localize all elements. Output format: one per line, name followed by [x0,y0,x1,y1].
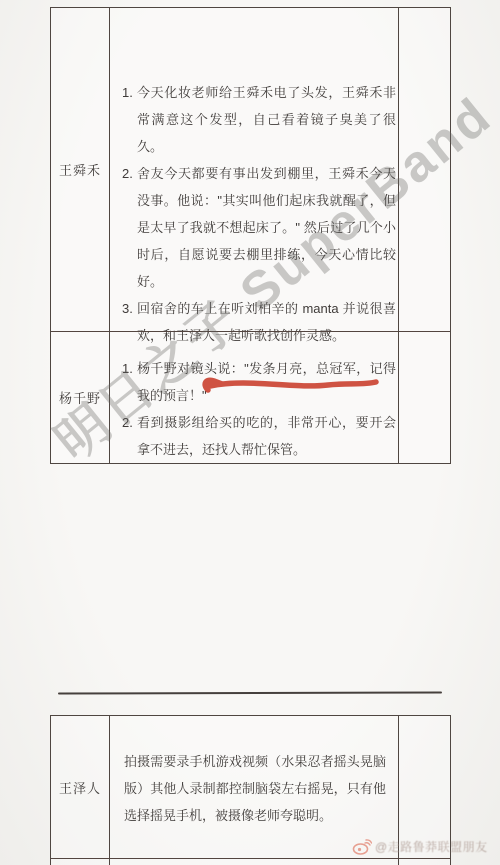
cutoff-row-empty-cell [398,858,450,865]
log-item-list: 1. 杨千野对镜头说："发条月亮，总冠军，记得我的预言！" 2. 看到摄影组给买… [122,355,396,463]
member-name-cell: 杨千野 [51,331,109,463]
item-number: 1. [122,355,137,409]
item-number: 1. [122,79,137,160]
log-item-list: 1. 今天化妆老师给王舜禾电了头发，王舜禾非常满意这个发型，自己看着镜子臭美了很… [122,79,396,349]
member-name: 杨千野 [59,388,101,407]
item-number: 2. [122,160,137,295]
section-divider-line [58,691,442,694]
log-item: 1. 今天化妆老师给王舜禾电了头发，王舜禾非常满意这个发型，自己看着镜子臭美了很… [122,79,396,160]
member-name: 王泽人 [59,778,101,797]
member-name: 王舜禾 [59,160,101,179]
document-photo: 王舜禾 1. 今天化妆老师给王舜禾电了头发，王舜禾非常满意这个发型，自己看着镜子… [0,0,500,865]
item-text: 舍友今天都要有事出发到棚里，王舜禾今天没事。他说："其实叫他们起床我就醒了，但是… [137,160,396,295]
item-text: 看到摄影组给买的吃的，非常开心，要开会拿不进去，还找人帮忙保管。 [137,409,396,463]
log-content-cell: 1. 杨千野对镜头说："发条月亮，总冠军，记得我的预言！" 2. 看到摄影组给买… [109,331,398,463]
empty-column-cell [398,331,450,463]
log-item: 2. 舍友今天都要有事出发到棚里，王舜禾今天没事。他说："其实叫他们起床我就醒了… [122,160,396,295]
daily-log-table-lower: 王泽人 拍摄需要录手机游戏视频（水果忍者摇头晃脑版）其他人录制都控制脑袋左右摇晃… [50,715,451,865]
cutoff-row-name-cell [51,858,109,865]
log-content-cell: 拍摄需要录手机游戏视频（水果忍者摇头晃脑版）其他人录制都控制脑袋左右摇晃，只有他… [109,716,398,858]
log-content-cell: 1. 今天化妆老师给王舜禾电了头发，王舜禾非常满意这个发型，自己看着镜子臭美了很… [109,8,398,331]
cutoff-row-content-cell [109,858,398,865]
item-number: 2. [122,409,137,463]
item-text: 今天化妆老师给王舜禾电了头发，王舜禾非常满意这个发型，自己看着镜子臭美了很久。 [137,79,396,160]
log-item: 2. 看到摄影组给买的吃的，非常开心，要开会拿不进去，还找人帮忙保管。 [122,409,396,463]
log-item: 1. 杨千野对镜头说："发条月亮，总冠军，记得我的预言！" [122,355,396,409]
empty-column-cell [398,8,450,331]
empty-column-cell [398,716,450,858]
member-name-cell: 王泽人 [51,716,109,858]
daily-log-table-upper: 王舜禾 1. 今天化妆老师给王舜禾电了头发，王舜禾非常满意这个发型，自己看着镜子… [50,7,451,464]
member-name-cell: 王舜禾 [51,8,109,331]
item-text: 杨千野对镜头说："发条月亮，总冠军，记得我的预言！" [137,355,396,409]
log-paragraph: 拍摄需要录手机游戏视频（水果忍者摇头晃脑版）其他人录制都控制脑袋左右摇晃，只有他… [124,748,386,829]
